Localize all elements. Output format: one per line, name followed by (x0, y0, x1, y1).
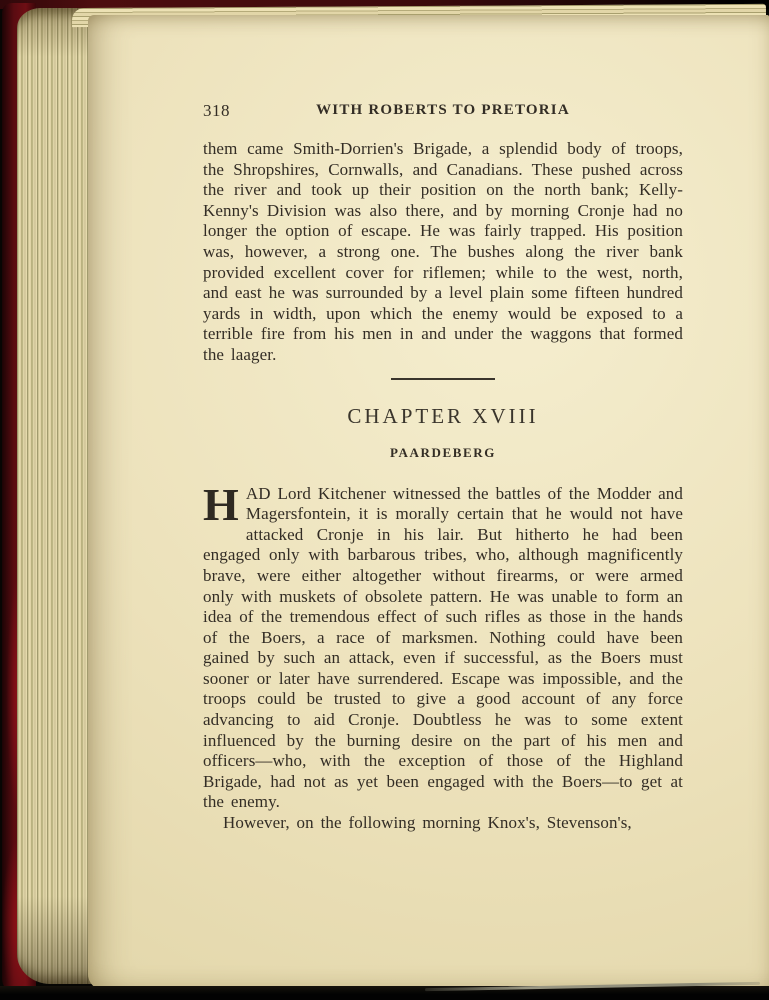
closing-paragraph: However, on the following morning Knox's… (203, 813, 683, 834)
chapter-subtitle: PAARDEBERG (203, 445, 683, 461)
running-header: WITH ROBERTS TO PRETORIA (316, 102, 570, 118)
chapter-opening-paragraph: HAD Lord Kitchener witnessed the battles… (203, 484, 683, 814)
page-header: 318 WITH ROBERTS TO PRETORIA (203, 101, 683, 123)
chapter-title: CHAPTER XVIII (203, 404, 683, 429)
chapter-opening-text: AD Lord Kitchener witnessed the battles … (203, 484, 683, 812)
desk-shadow (0, 986, 769, 1000)
body-paragraph-continuation: them came Smith-Dorrien's Brigade, a spl… (203, 139, 683, 366)
drop-cap: H (203, 484, 246, 526)
section-divider (391, 378, 495, 380)
book-scan: 318 WITH ROBERTS TO PRETORIA them came S… (0, 0, 769, 1000)
book-page: 318 WITH ROBERTS TO PRETORIA them came S… (88, 15, 769, 990)
page-content: 318 WITH ROBERTS TO PRETORIA them came S… (203, 101, 683, 834)
page-number: 318 (203, 101, 230, 121)
page-edges-left (17, 8, 97, 984)
